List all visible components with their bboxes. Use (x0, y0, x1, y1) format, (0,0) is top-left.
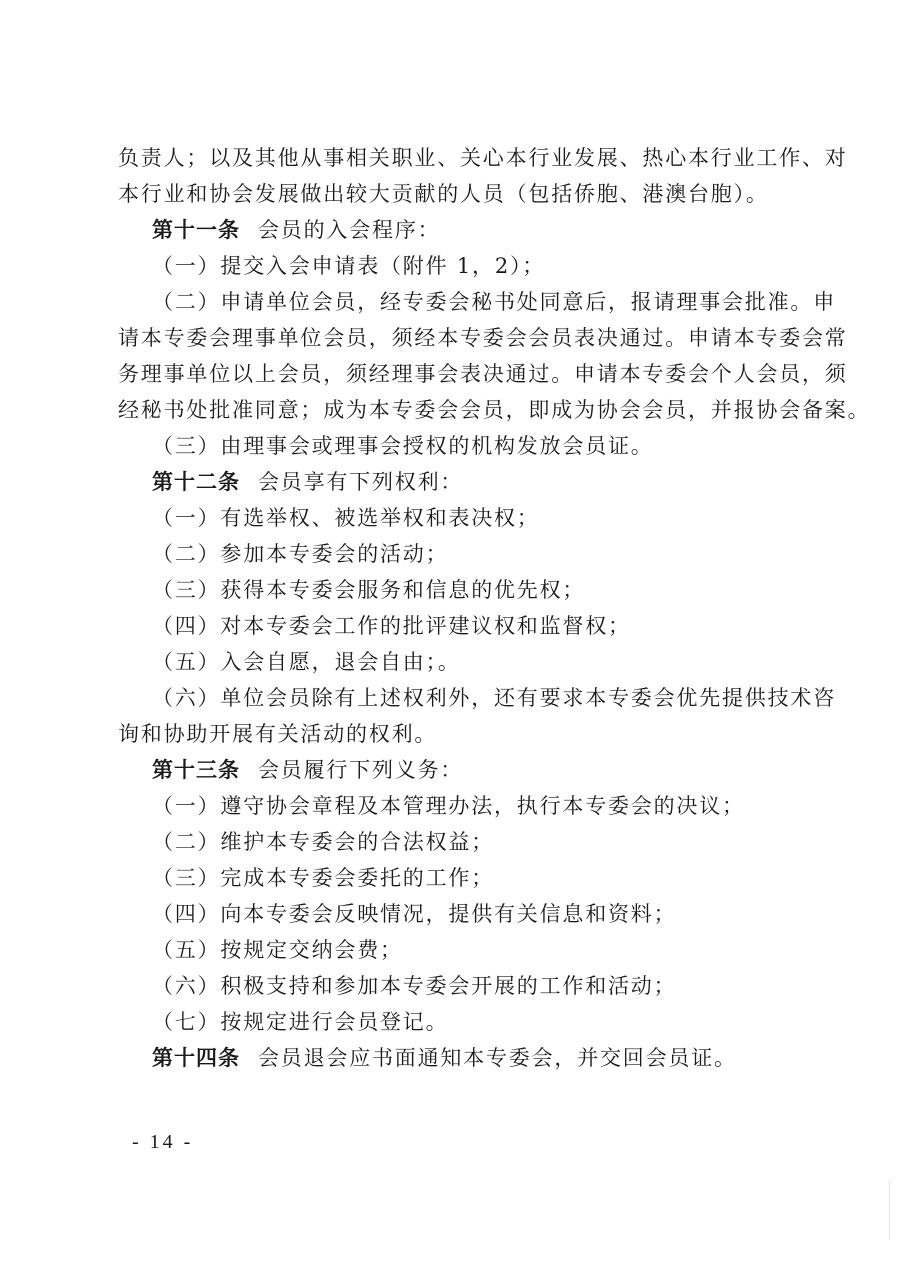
list-item: （二）参加本专委会的活动； (152, 542, 812, 566)
paragraph-line: 负责人；以及其他从事相关职业、关心本行业发展、热心本行业工作、对 (118, 146, 778, 170)
list-item: （一）提交入会申请表（附件 1，2）； (152, 254, 812, 278)
list-item-continued: 务理事单位以上会员，须经理事会表决通过。申请本专委会个人会员，须 (118, 362, 778, 386)
article-13-heading: 第十三条会员履行下列义务： (152, 758, 812, 782)
article-text: 会员享有下列权利： (258, 470, 463, 494)
list-item: （二）维护本专委会的合法权益； (152, 830, 812, 854)
list-item-continued: 请本专委会理事单位会员，须经本专委会会员表决通过。申请本专委会常 (118, 326, 778, 350)
article-label: 第十四条 (152, 1046, 240, 1070)
document-page: 负责人；以及其他从事相关职业、关心本行业发展、热心本行业工作、对 本行业和协会发… (0, 0, 900, 1273)
article-label: 第十三条 (152, 758, 240, 782)
list-item-continued: 经秘书处批准同意；成为本专委会会员，即成为协会会员，并报协会备案。 (118, 398, 778, 422)
article-text: 会员的入会程序： (258, 218, 440, 242)
list-item: （二）申请单位会员，经专委会秘书处同意后，报请理事会批准。申 (152, 290, 812, 314)
article-label: 第十二条 (152, 470, 240, 494)
article-11-heading: 第十一条会员的入会程序： (152, 218, 812, 242)
list-item: （五）入会自愿，退会自由；。 (152, 650, 812, 674)
list-item: （一）有选举权、被选举权和表决权； (152, 506, 812, 530)
list-item: （三）由理事会或理事会授权的机构发放会员证。 (152, 434, 812, 458)
list-item: （三）完成本专委会委托的工作； (152, 866, 812, 890)
article-14-heading: 第十四条会员退会应书面通知本专委会，并交回会员证。 (152, 1046, 812, 1070)
list-item-continued: 询和协助开展有关活动的权利。 (118, 722, 778, 746)
article-label: 第十一条 (152, 218, 240, 242)
scan-edge-mark (889, 1180, 890, 1240)
article-text: 会员退会应书面通知本专委会，并交回会员证。 (258, 1046, 737, 1070)
list-item: （一）遵守协会章程及本管理办法，执行本专委会的决议； (152, 794, 812, 818)
list-item: （五）按规定交纳会费； (152, 938, 812, 962)
page-number: - 14 - (132, 1131, 193, 1154)
list-item: （四）对本专委会工作的批评建议权和监督权； (152, 614, 812, 638)
list-item: （六）积极支持和参加本专委会开展的工作和活动； (152, 974, 812, 998)
list-item: （三）获得本专委会服务和信息的优先权； (152, 578, 812, 602)
article-text: 会员履行下列义务： (258, 758, 463, 782)
list-item: （六）单位会员除有上述权利外，还有要求本专委会优先提供技术咨 (152, 686, 812, 710)
list-item: （四）向本专委会反映情况，提供有关信息和资料； (152, 902, 812, 926)
article-12-heading: 第十二条会员享有下列权利： (152, 470, 812, 494)
list-item: （七）按规定进行会员登记。 (152, 1010, 812, 1034)
paragraph-line: 本行业和协会发展做出较大贡献的人员（包括侨胞、港澳台胞）。 (118, 182, 778, 206)
